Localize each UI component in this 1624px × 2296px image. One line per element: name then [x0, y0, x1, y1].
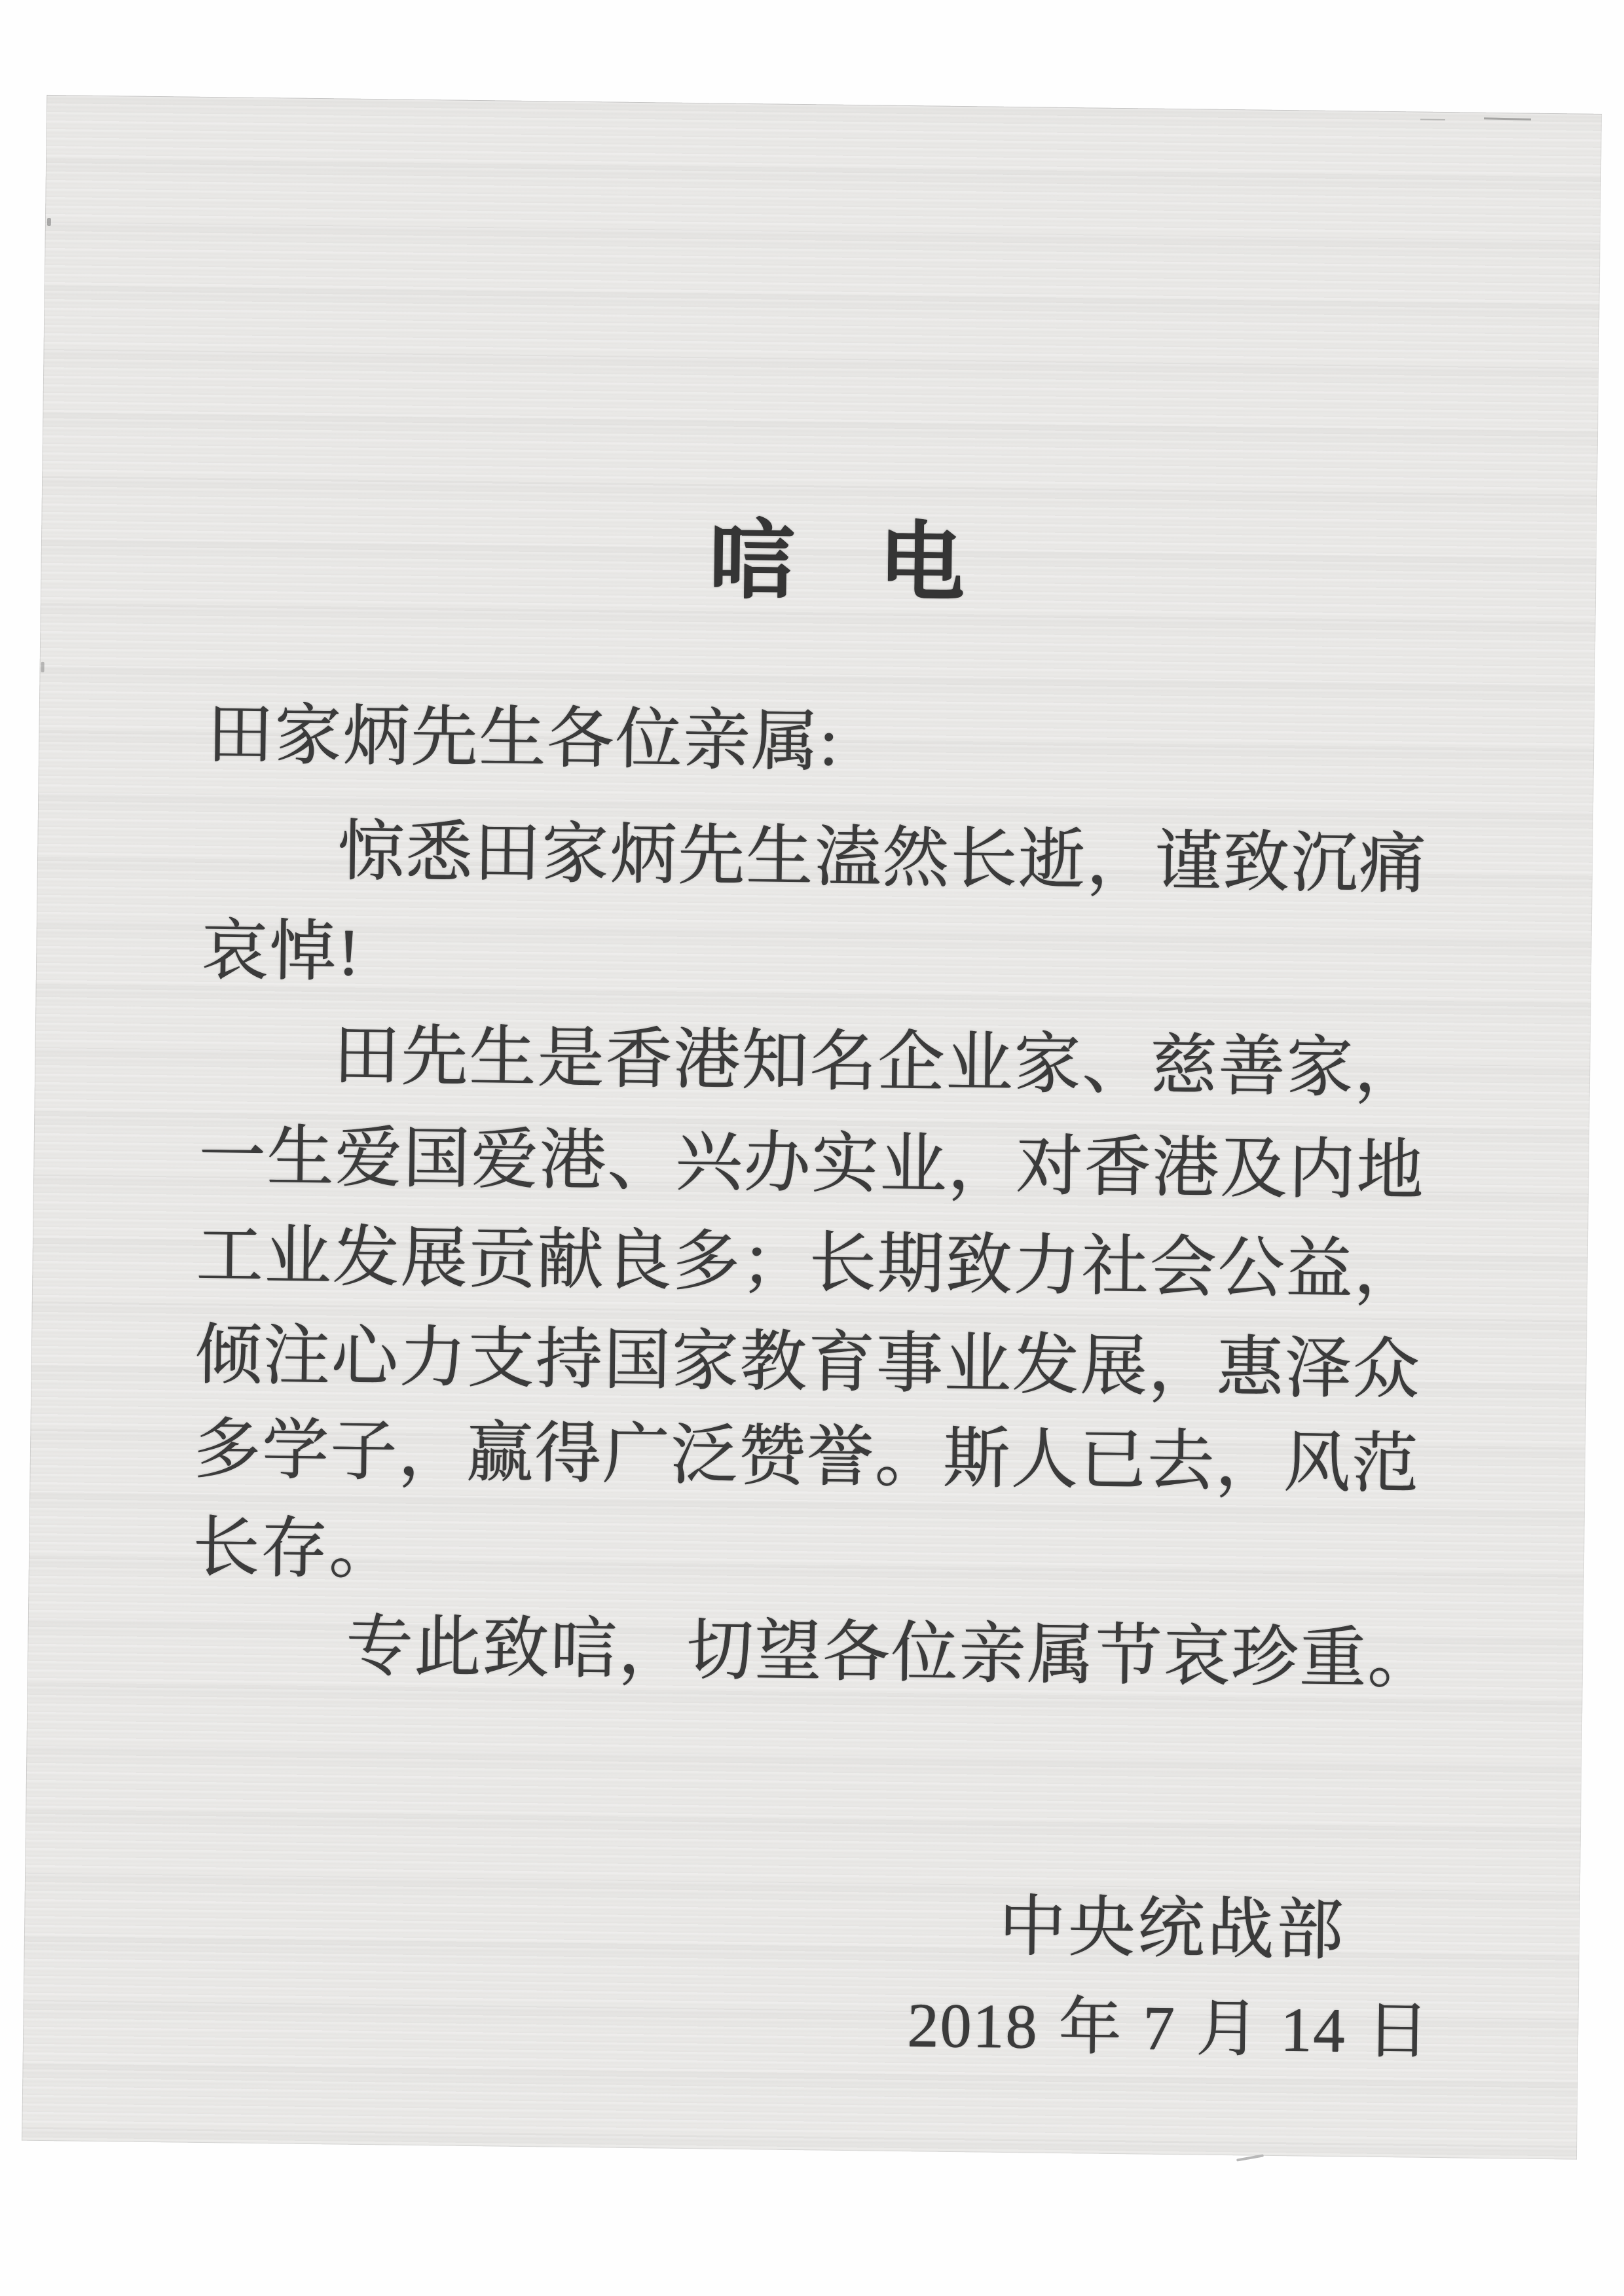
paper-page: 唁电 田家炳先生各位亲属: 惊悉田家炳先生溘然长逝，谨致沉痛 哀悼! 田先生是香…: [22, 95, 1602, 2160]
paragraph3-line1: 专此致唁，切望各位亲属节哀珍重。: [346, 1609, 1436, 1700]
title-char-1: 唁: [709, 513, 796, 610]
scanned-document: 唁电 田家炳先生各位亲属: 惊悉田家炳先生溘然长逝，谨致沉痛 哀悼! 田先生是香…: [0, 0, 1624, 2296]
paragraph2-line5: 多学子，赢得广泛赞誉。斯人已去，风范: [193, 1412, 1420, 1504]
paragraph1-line2: 哀悼!: [201, 913, 361, 992]
salutation-line: 田家炳先生各位亲属:: [206, 697, 840, 782]
document-title: 唁电: [709, 514, 965, 611]
date-line: 2018 年 7 月 14 日: [907, 1988, 1431, 2068]
scan-artifact-top-edge-dash-2: [1420, 119, 1445, 120]
title-char-2: 电: [878, 516, 965, 611]
paragraph2-line2: 一生爱国爱港、兴办实业，对香港及内地: [198, 1118, 1425, 1211]
signature-line: 中央统战部: [998, 1889, 1346, 1971]
paragraph2-line6: 长存。: [192, 1510, 397, 1590]
paragraph2-line1: 田先生是香港知名企业家、慈善家，: [333, 1017, 1423, 1108]
scan-artifact-left-speck: [47, 218, 51, 226]
paragraph2-line3: 工业发展贡献良多；长期致力社会公益，: [196, 1218, 1422, 1310]
scan-artifact-left-speck-2: [41, 662, 45, 672]
paragraph1-line1: 惊悉田家炳先生溘然长逝，谨致沉痛: [337, 813, 1427, 904]
paragraph2-line4: 倾注心力支持国家教育事业发展，惠泽众: [194, 1317, 1421, 1410]
scan-artifact-top-edge-dash: [1484, 117, 1531, 120]
